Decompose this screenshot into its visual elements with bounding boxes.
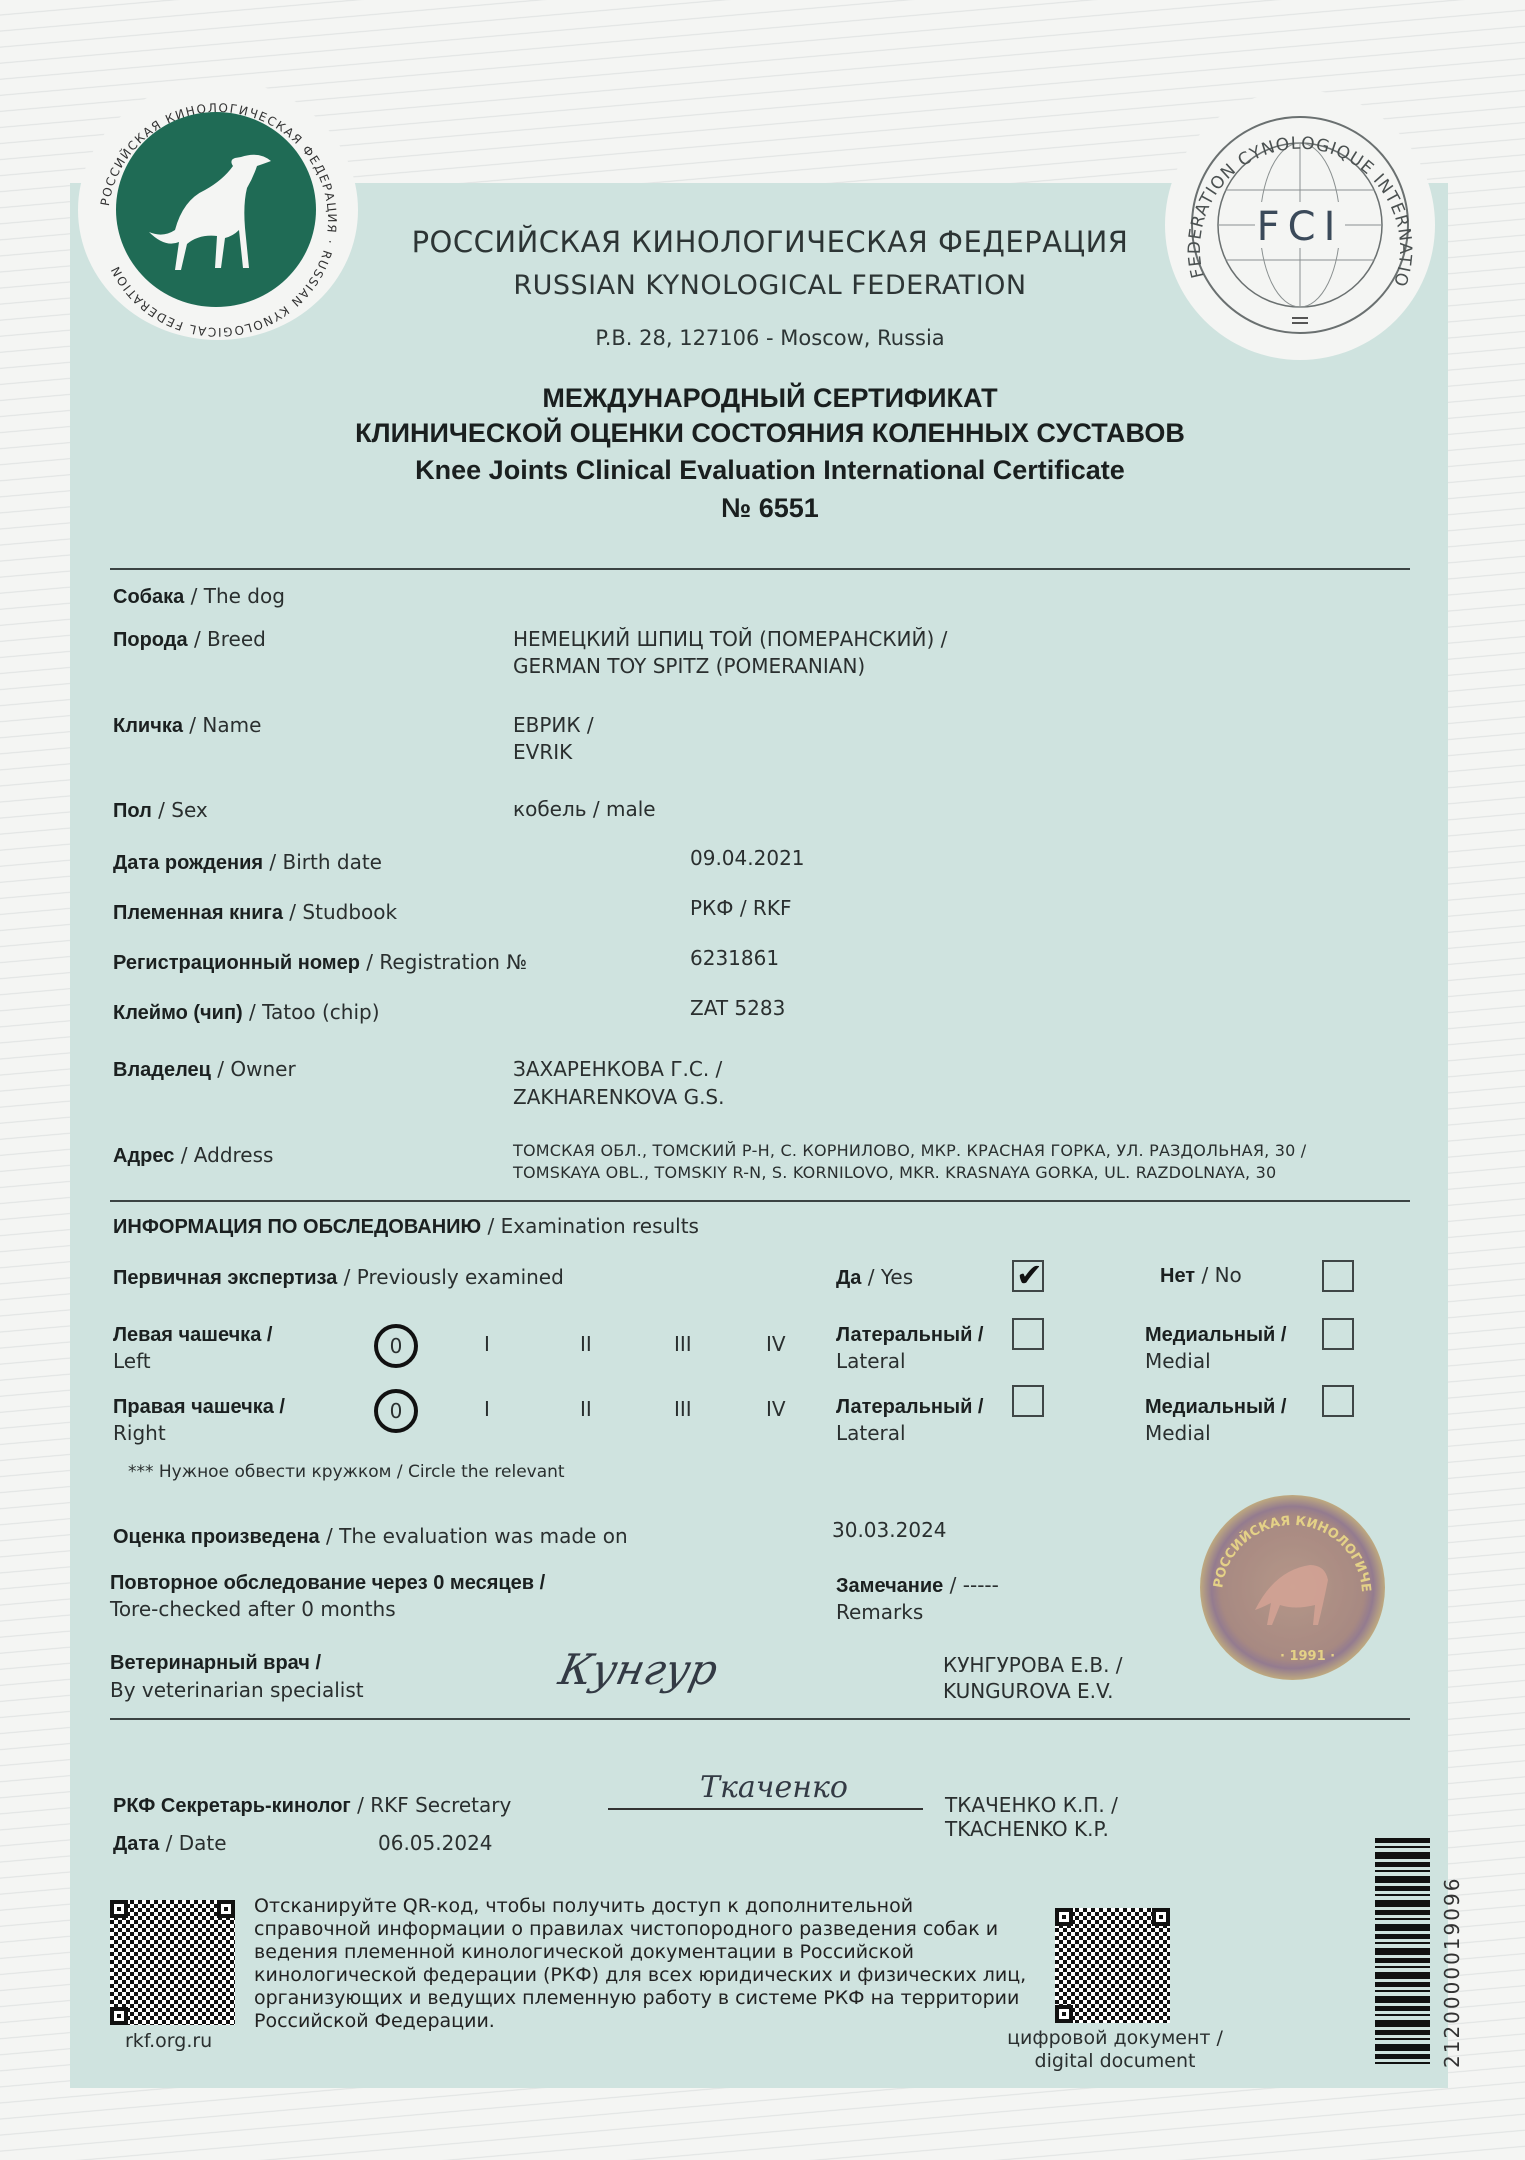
rkf-hologram-seal: РОССИЙСКАЯ КИНОЛОГИЧЕСКАЯ ФЕДЕРАЦИЯ · 19… xyxy=(1200,1495,1385,1680)
sex-label: Пол / Sex xyxy=(113,798,208,823)
owner-value-en: ZAKHARENKOVA G.S. xyxy=(513,1085,724,1109)
barcode xyxy=(1375,1838,1430,2068)
fci-globe-logo-icon: FCI FEDERATION CYNOLOGIQUE INTERNATIONAL… xyxy=(1165,90,1435,360)
owner-value-ru: ЗАХАРЕНКОВА Г.С. / xyxy=(513,1057,722,1081)
right-lateral-label-en: Lateral xyxy=(836,1421,906,1445)
org-name-ru: РОССИЙСКАЯ КИНОЛОГИЧЕСКАЯ ФЕДЕРАЦИЯ xyxy=(380,225,1160,259)
date-label: Дата / Date xyxy=(113,1831,227,1856)
evaluation-date-label: Оценка произведена / The evaluation was … xyxy=(113,1524,628,1549)
certificate-title-ru-2: КЛИНИЧЕСКОЙ ОЦЕНКИ СОСТОЯНИЯ КОЛЕННЫХ СУ… xyxy=(120,418,1420,449)
left-medial-label: Медиальный / xyxy=(1145,1322,1286,1347)
left-grade-I[interactable]: I xyxy=(484,1332,490,1356)
right-medial-label: Медиальный / xyxy=(1145,1394,1286,1419)
right-grade-IV[interactable]: IV xyxy=(766,1397,786,1421)
vet-name-en: KUNGUROVA E.V. xyxy=(943,1679,1114,1703)
left-lateral-checkbox[interactable] xyxy=(1012,1318,1044,1350)
rkf-borzoi-logo-icon xyxy=(116,112,316,307)
right-grade-II[interactable]: II xyxy=(580,1397,592,1421)
birth-date-value: 09.04.2021 xyxy=(690,846,805,870)
name-value-ru: ЕВРИК / xyxy=(513,713,594,737)
rkf-logo: РОССИЙСКАЯ КИНОЛОГИЧЕСКАЯ ФЕДЕРАЦИЯ · RU… xyxy=(78,80,358,340)
left-kneecap-label: Левая чашечка / xyxy=(113,1322,272,1347)
right-grade-I[interactable]: I xyxy=(484,1397,490,1421)
svg-text:FCI: FCI xyxy=(1257,204,1344,250)
studbook-value: РКФ / RKF xyxy=(690,896,791,920)
registration-value: 6231861 xyxy=(690,946,779,970)
owner-label: Владелец / Owner xyxy=(113,1057,296,1082)
circle-note: *** Нужное обвести кружком / Circle the … xyxy=(128,1462,565,1482)
yes-label: Да / Yes xyxy=(836,1265,913,1290)
remarks-label-en: Remarks xyxy=(836,1600,923,1624)
left-grade-II[interactable]: II xyxy=(580,1332,592,1356)
left-medial-label-en: Medial xyxy=(1145,1349,1211,1373)
right-grade-0[interactable]: 0 xyxy=(374,1389,418,1433)
secretary-name-ru: ТКАЧЕНКО К.П. / xyxy=(945,1793,1118,1817)
chip-value: ZAT 5283 xyxy=(690,996,785,1020)
right-lateral-label: Латеральный / xyxy=(836,1394,983,1419)
remarks-label: Замечание / ----- xyxy=(836,1573,999,1598)
evaluation-date-value: 30.03.2024 xyxy=(832,1518,947,1542)
secretary-name-en: TKACHENKO K.P. xyxy=(945,1817,1109,1841)
barcode-number: 2120000019096 xyxy=(1440,1877,1464,2068)
left-lateral-label-en: Lateral xyxy=(836,1349,906,1373)
digital-document-label-en: digital document xyxy=(985,2050,1245,2072)
qr-notice-text: Отсканируйте QR-код, чтобы получить дост… xyxy=(254,1895,1034,2033)
left-grade-III[interactable]: III xyxy=(674,1332,692,1356)
left-grade-0[interactable]: 0 xyxy=(374,1324,418,1368)
secretary-label: РКФ Секретарь-кинолог / RKF Secretary xyxy=(113,1793,511,1818)
vet-name-ru: КУНГУРОВА Е.В. / xyxy=(943,1653,1123,1677)
no-label: Нет / No xyxy=(1160,1263,1242,1288)
secretary-signature-line xyxy=(608,1808,923,1810)
recheck-label-ru: Повторное обследование через 0 месяцев / xyxy=(110,1570,545,1595)
divider xyxy=(110,1200,1410,1202)
registration-label: Регистрационный номер / Registration № xyxy=(113,950,527,975)
svg-text:· 1991 ·: · 1991 · xyxy=(1280,1649,1335,1664)
previously-examined-label: Первичная экспертиза / Previously examin… xyxy=(113,1265,564,1290)
name-value-en: EVRIK xyxy=(513,740,572,764)
breed-value-en: GERMAN TOY SPITZ (POMERANIAN) xyxy=(513,654,865,678)
address-value-ru: ТОМСКАЯ ОБЛ., ТОМСКИЙ Р-Н, С. КОРНИЛОВО,… xyxy=(513,1141,1306,1160)
left-grade-IV[interactable]: IV xyxy=(766,1332,786,1356)
no-checkbox[interactable] xyxy=(1322,1260,1354,1292)
right-medial-checkbox[interactable] xyxy=(1322,1385,1354,1417)
vet-signature: Кунгур xyxy=(555,1645,722,1694)
left-medial-checkbox[interactable] xyxy=(1322,1318,1354,1350)
right-kneecap-label-en: Right xyxy=(113,1421,166,1445)
secretary-signature: Ткаченко xyxy=(700,1770,848,1805)
vet-label-en: By veterinarian specialist xyxy=(110,1678,364,1702)
yes-checkbox[interactable] xyxy=(1012,1260,1044,1292)
right-grade-III[interactable]: III xyxy=(674,1397,692,1421)
address-label: Адрес / Address xyxy=(113,1143,273,1168)
name-label: Кличка / Name xyxy=(113,713,261,738)
org-address: P.B. 28, 127106 - Moscow, Russia xyxy=(380,326,1160,350)
rkf-site-link[interactable]: rkf.org.ru xyxy=(125,2030,212,2052)
digital-document-label-ru: цифровой документ / xyxy=(985,2027,1245,2049)
divider xyxy=(110,1718,1410,1720)
studbook-label: Племенная книга / Studbook xyxy=(113,900,397,925)
certificate-title-en: Knee Joints Clinical Evaluation Internat… xyxy=(120,455,1420,486)
right-kneecap-label: Правая чашечка / xyxy=(113,1394,285,1419)
date-value: 06.05.2024 xyxy=(378,1831,493,1855)
address-value-en: TOMSKAYA OBL., TOMSKIY R-N, S. KORNILOVO… xyxy=(513,1163,1276,1182)
right-medial-label-en: Medial xyxy=(1145,1421,1211,1445)
divider xyxy=(110,568,1410,570)
birth-date-label: Дата рождения / Birth date xyxy=(113,850,382,875)
vet-label-ru: Ветеринарный врач / xyxy=(110,1650,321,1675)
breed-value-ru: НЕМЕЦКИЙ ШПИЦ ТОЙ (ПОМЕРАНСКИЙ) / xyxy=(513,627,947,651)
certificate-number: № 6551 xyxy=(120,493,1420,524)
breed-label: Порода / Breed xyxy=(113,627,266,652)
left-lateral-label: Латеральный / xyxy=(836,1322,983,1347)
recheck-label-en: Tore-checked after 0 months xyxy=(110,1597,396,1621)
left-kneecap-label-en: Left xyxy=(113,1349,151,1373)
certificate-title-ru-1: МЕЖДУНАРОДНЫЙ СЕРТИФИКАТ xyxy=(120,383,1420,414)
sex-value: кобель / male xyxy=(513,797,656,821)
chip-label: Клеймо (чип) / Tatoo (chip) xyxy=(113,1000,380,1025)
org-name-en: RUSSIAN KYNOLOGICAL FEDERATION xyxy=(380,270,1160,301)
fci-logo: FCI FEDERATION CYNOLOGIQUE INTERNATIONAL… xyxy=(1165,90,1435,360)
right-lateral-checkbox[interactable] xyxy=(1012,1385,1044,1417)
digital-document-qr-code[interactable] xyxy=(1055,1908,1170,2023)
section-dog-label: Собака / The dog xyxy=(113,584,285,609)
rkf-site-qr-code[interactable] xyxy=(110,1900,235,2025)
section-exam-label: ИНФОРМАЦИЯ ПО ОБСЛЕДОВАНИЮ / Examination… xyxy=(113,1214,699,1239)
